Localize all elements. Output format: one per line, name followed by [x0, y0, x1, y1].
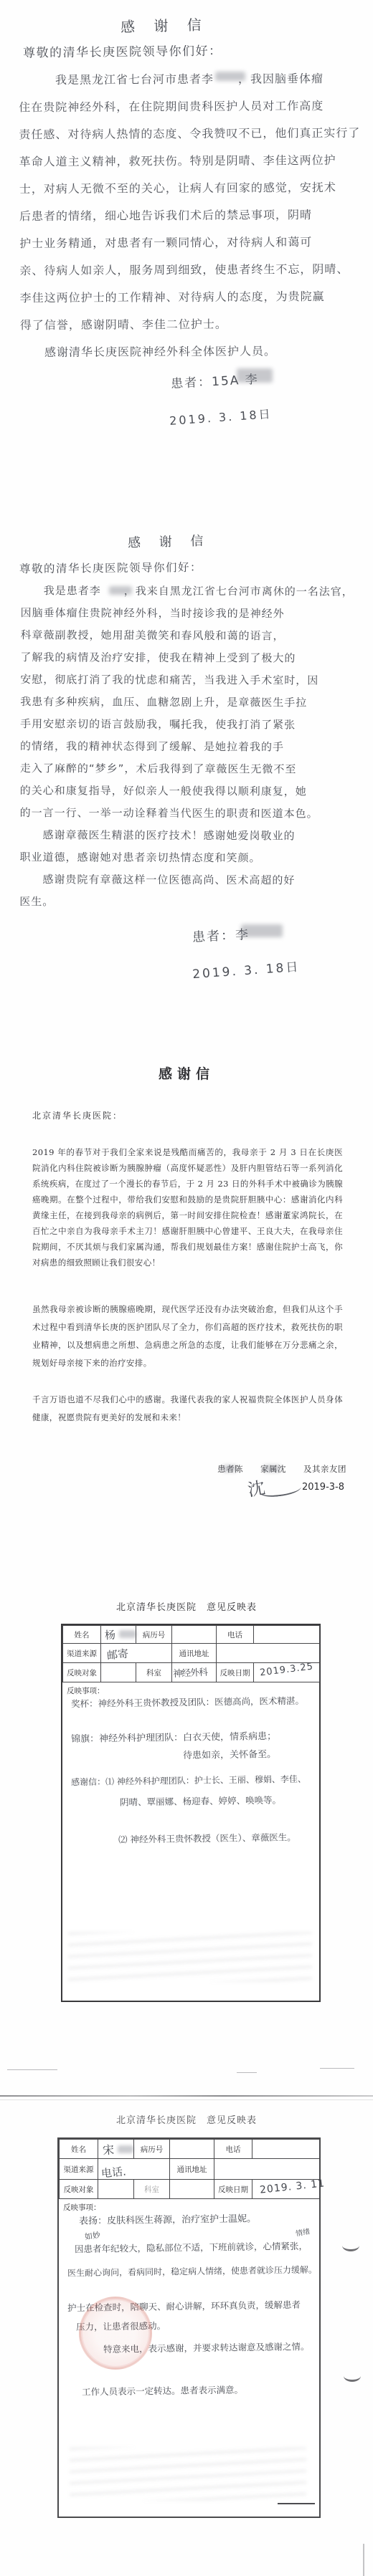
- letter3-paragraph-3: 千言万语也道不尽我们心中的感谢。我谨代表我的家人祝福贵院全体医护人员身体健康，祝…: [32, 1391, 343, 1427]
- text-line: 我患有多种疾病，血压、血糖忽剧上升，是章薇医生手拉: [20, 691, 364, 714]
- text-line: 因脑垂体瘤住贵院神经外科，当时接诊我的是神经外: [21, 602, 365, 626]
- form2-phone-value: [252, 2140, 320, 2159]
- form2-channel-label: 渠道来源: [60, 2159, 98, 2180]
- form2-phone-label: 电话: [214, 2140, 252, 2159]
- text-line: 我是黑龙江省七台河市患者李 ，我因脑垂体瘤: [19, 65, 363, 95]
- letter3-paragraph-2: 虽然我母亲被诊断的胰腺癌晚期，现代医学还没有办法突破治愈，但我们从这个手术过程中…: [32, 1301, 343, 1372]
- letter2-body: 我是患者李 ，我来自黑龙江省七台河市离休的一名法官，因脑垂体瘤住贵院神经外科，当…: [19, 580, 365, 914]
- form2-date-value: 2019. 3. 11: [252, 2180, 320, 2199]
- redaction-smudge: [215, 72, 245, 81]
- letter3-salutation: 北京清华长庚医院：: [32, 1109, 123, 1121]
- form2-address-label: 通讯地址: [170, 2159, 214, 2180]
- text-line: 科章薇副教授，她用甜美微笑和春风般和蔼的语言，: [20, 624, 364, 648]
- letter1-date: 2019. 3. 18日: [169, 405, 273, 428]
- text-line: 士，对病人无微不至的关心，让病人有回家的感觉，安抚术: [19, 174, 364, 204]
- scan-artifact: [320, 2068, 354, 2069]
- letter1-title: 感 谢 信: [121, 13, 209, 36]
- pen-mark: [278, 2503, 315, 2504]
- text-line: 走入了麻醉的“梦乡”，术后我得到了章薇医生无微不至: [20, 757, 364, 781]
- letter3-body: 2019 年的春节对于我们全家来说是残酷而痛苦的，我母亲于 2 月 3 日在长庚…: [32, 1144, 343, 1427]
- form1-dept-label: 科室: [136, 1663, 172, 1682]
- letter2-title: 感 谢 信: [128, 530, 211, 551]
- form2-content-line2: 因患者年纪较大，隐私部位不适，下班前就诊，心情紧张，: [75, 2239, 308, 2256]
- text-line: 李佳这两位护士的工作精神、对待病人的态度，为贵院赢: [20, 283, 364, 312]
- form2-name-value: 宋: [98, 2140, 134, 2159]
- form1-banner-line2: 待患如亲，关怀备至。: [183, 1746, 276, 1761]
- redaction-smudge: [109, 586, 132, 595]
- text-line: 感谢贵院有章薇这样一位医德高尚、医术高超的好: [19, 868, 364, 892]
- form2-target-value: [98, 2180, 134, 2199]
- form1-record-value: [172, 1626, 217, 1644]
- text-line: 的一言一行、一举一动诠释着当代医生的职责和医道本色。: [20, 802, 364, 825]
- form1-date-label: 反映日期: [217, 1663, 254, 1682]
- form1-dept-value: 神经外科: [172, 1663, 217, 1682]
- form1-target-label: 反映对象: [63, 1663, 101, 1682]
- letter2-date: 2019. 3. 18日: [192, 957, 301, 982]
- text-line: 安慰，彻底打消了我的忧虑和痛苦，当我进入手术室时，因: [20, 669, 364, 692]
- form1-channel-label: 渠道来源: [63, 1644, 101, 1663]
- form2-insert-note: 如妙: [84, 2229, 101, 2243]
- form1-letters-line3: ⑵ 神经外科王贵怀教授（医生）、章薇医生。: [118, 1830, 296, 1845]
- letter3-title: 感谢信: [0, 1063, 373, 1083]
- text-line: 亲、待病人如亲人，服务周到细致，使患者终生不忘，阴晴、: [19, 256, 364, 285]
- text-line: 后患者的情绪，细心地告诉我们术后的禁忌事项，阴晴: [19, 201, 364, 231]
- form2-address-value: [214, 2159, 320, 2180]
- letter1-body: 我是黑龙江省七台河市患者李 ，我因脑垂体瘤住在贵院神经外科，在住院期间贵科医护人…: [19, 65, 364, 367]
- form2-record-value: [170, 2140, 214, 2159]
- form2-record-label: 病历号: [134, 2140, 170, 2159]
- form2-content-line3: 医生耐心询问，看病同时，稳定病人情绪，使患者就诊压力缓解。: [67, 2264, 317, 2279]
- form1-items-label: 反映事项：: [67, 1685, 105, 1696]
- text-line: 住在贵院神经外科，在住院期间贵科医护人员对工作高度: [19, 92, 363, 122]
- pen-curl-mark: [342, 2240, 359, 2251]
- scan-edge-artifact: [363, 2544, 364, 2576]
- form2-dept-value: [170, 2180, 214, 2199]
- redaction-smudge: [237, 368, 273, 383]
- letter3-paragraph-1: 2019 年的春节对于我们全家来说是残酷而痛苦的，我母亲于 2 月 3 日在长庚…: [32, 1144, 343, 1270]
- letter1-greeting: 尊敬的清华长庚医院领导你们好：: [23, 41, 222, 61]
- text-line: 感谢章薇医生精湛的医疗技术！感谢她爱岗敬业的: [20, 824, 364, 848]
- pen-curl-mark: [344, 2370, 361, 2382]
- signature-swoosh: [259, 1481, 302, 1498]
- redaction-smudge: [222, 1465, 237, 1472]
- form1-address-value: [217, 1644, 320, 1663]
- feedback-form-1: 姓名 杨 病历号 电话 渠道来源 邮寄 通讯地址 反映对象: [61, 1624, 321, 2002]
- letter3-date: 2019-3-8: [302, 1482, 344, 1493]
- text-line: 的关心和康复指导，好似亲人一般使我得以顺利康复，她: [20, 780, 364, 803]
- form2-title: 北京清华长庚医院 意见反映表: [0, 2112, 373, 2126]
- text-line: 医生。: [19, 891, 364, 914]
- form1-letters-line1: 感谢信：⑴ 神经外科护理团队：护士长、王丽、穆娟、李佳、: [71, 1773, 306, 1789]
- scan-artifact: [0, 2099, 373, 2100]
- form2-target-label: 反映对象: [60, 2180, 98, 2199]
- form1-letters-line2: 阴晴、覃丽娜、杨迎春、婷婷、唤唤等。: [120, 1793, 281, 1808]
- form1-target-value: [101, 1663, 136, 1682]
- bleedthrough-area: [70, 2447, 306, 2501]
- form2-header-table: 姓名 宋 病历号 电话 渠道来源 电话. 通讯地址 反映对象: [59, 2139, 320, 2199]
- form2-items-label: 反映事项：: [63, 2202, 101, 2213]
- bleedthrough-area: [68, 1932, 312, 1982]
- redaction-smudge: [263, 1465, 280, 1472]
- form1-title: 北京清华长庚医院 意见反映表: [0, 1599, 373, 1613]
- text-line: 手用安慰亲切的语言鼓励我，嘱托我，使我打消了紧张: [20, 713, 364, 737]
- form1-record-label: 病历号: [136, 1626, 172, 1644]
- form1-phone-value: [254, 1626, 320, 1644]
- text-line: 职业道德，感谢她对患者亲切热情态度和笑颜。: [19, 846, 364, 870]
- form1-header-table: 姓名 杨 病历号 电话 渠道来源 邮寄 通讯地址 反映对象: [62, 1625, 320, 1682]
- letter3-signature-line: 患者陈 家属沈 及其亲友团: [217, 1463, 346, 1475]
- form2-correction-note: 情绪: [295, 2225, 311, 2238]
- redaction-smudge: [119, 1630, 136, 1638]
- form2-channel-value: 电话.: [98, 2159, 170, 2180]
- scan-artifact: [7, 2069, 57, 2070]
- form2-content-line7: 工作人员表示一定转达。患者表示满意。: [82, 2383, 243, 2398]
- text-line: 得了信誉，感谢阴晴、李佳二位护士。: [20, 310, 364, 340]
- form1-award-line: 奖杯：神经外科王贵怀教授及团队：医德高尚，医术精湛。: [71, 1694, 304, 1710]
- form2-praise-line: 表扬：皮肤科医生蒋源，治疗室护士温妮。: [79, 2211, 256, 2226]
- form1-banner-line1: 锦旗：神经外科护理团队：白衣天使，情系病患；: [71, 1728, 276, 1745]
- form1-channel-value: 邮寄: [101, 1644, 172, 1663]
- form1-name-value: 杨: [101, 1626, 136, 1644]
- text-line: 的情绪，我的精神状态得到了缓解、是她拉着我的手: [20, 735, 364, 759]
- feedback-form-2: 姓名 宋 病历号 电话 渠道来源 电话. 通讯地址 反映对象: [57, 2137, 321, 2518]
- form2-date-label: 反映日期: [214, 2180, 252, 2199]
- redaction-smudge: [118, 2145, 133, 2153]
- form2-dept-label: 科室: [134, 2180, 170, 2199]
- form1-phone-label: 电话: [217, 1626, 254, 1644]
- text-line: 感谢清华长庚医院神经外科全体医护人员。: [20, 337, 364, 367]
- redaction-smudge: [241, 924, 283, 937]
- scanned-documents-page: 感 谢 信 尊敬的清华长庚医院领导你们好： 我是黑龙江省七台河市患者李 ，我因脑…: [0, 0, 373, 2576]
- page-seam: [0, 2095, 373, 2097]
- form1-name-label: 姓名: [63, 1626, 101, 1644]
- text-line: 了解我的病情及治疗安排，使我在精神上受到了极大的: [20, 646, 364, 670]
- red-seal-stamp: [79, 2297, 152, 2370]
- form1-date-value: 2019.3.25: [254, 1663, 320, 1682]
- letter2-greeting: 尊敬的清华长庚医院领导你们好：: [19, 559, 202, 576]
- form2-name-label: 姓名: [60, 2140, 98, 2159]
- text-line: 责任感、对待病人热情的态度、令我赞叹不已，他们真正实行了: [19, 120, 363, 149]
- form1-address-label: 通讯地址: [172, 1644, 217, 1663]
- scan-artifact: [237, 2072, 257, 2073]
- text-line: 护士业务精通，对患者有一颗同情心，对待病人和蔼可: [19, 229, 364, 258]
- text-line: 我是患者李 ，我来自黑龙江省七台河市离休的一名法官，: [21, 580, 365, 603]
- text-line: 革命人道主义精神，救死扶伤。特别是阴晴、李佳这两位护: [19, 147, 364, 176]
